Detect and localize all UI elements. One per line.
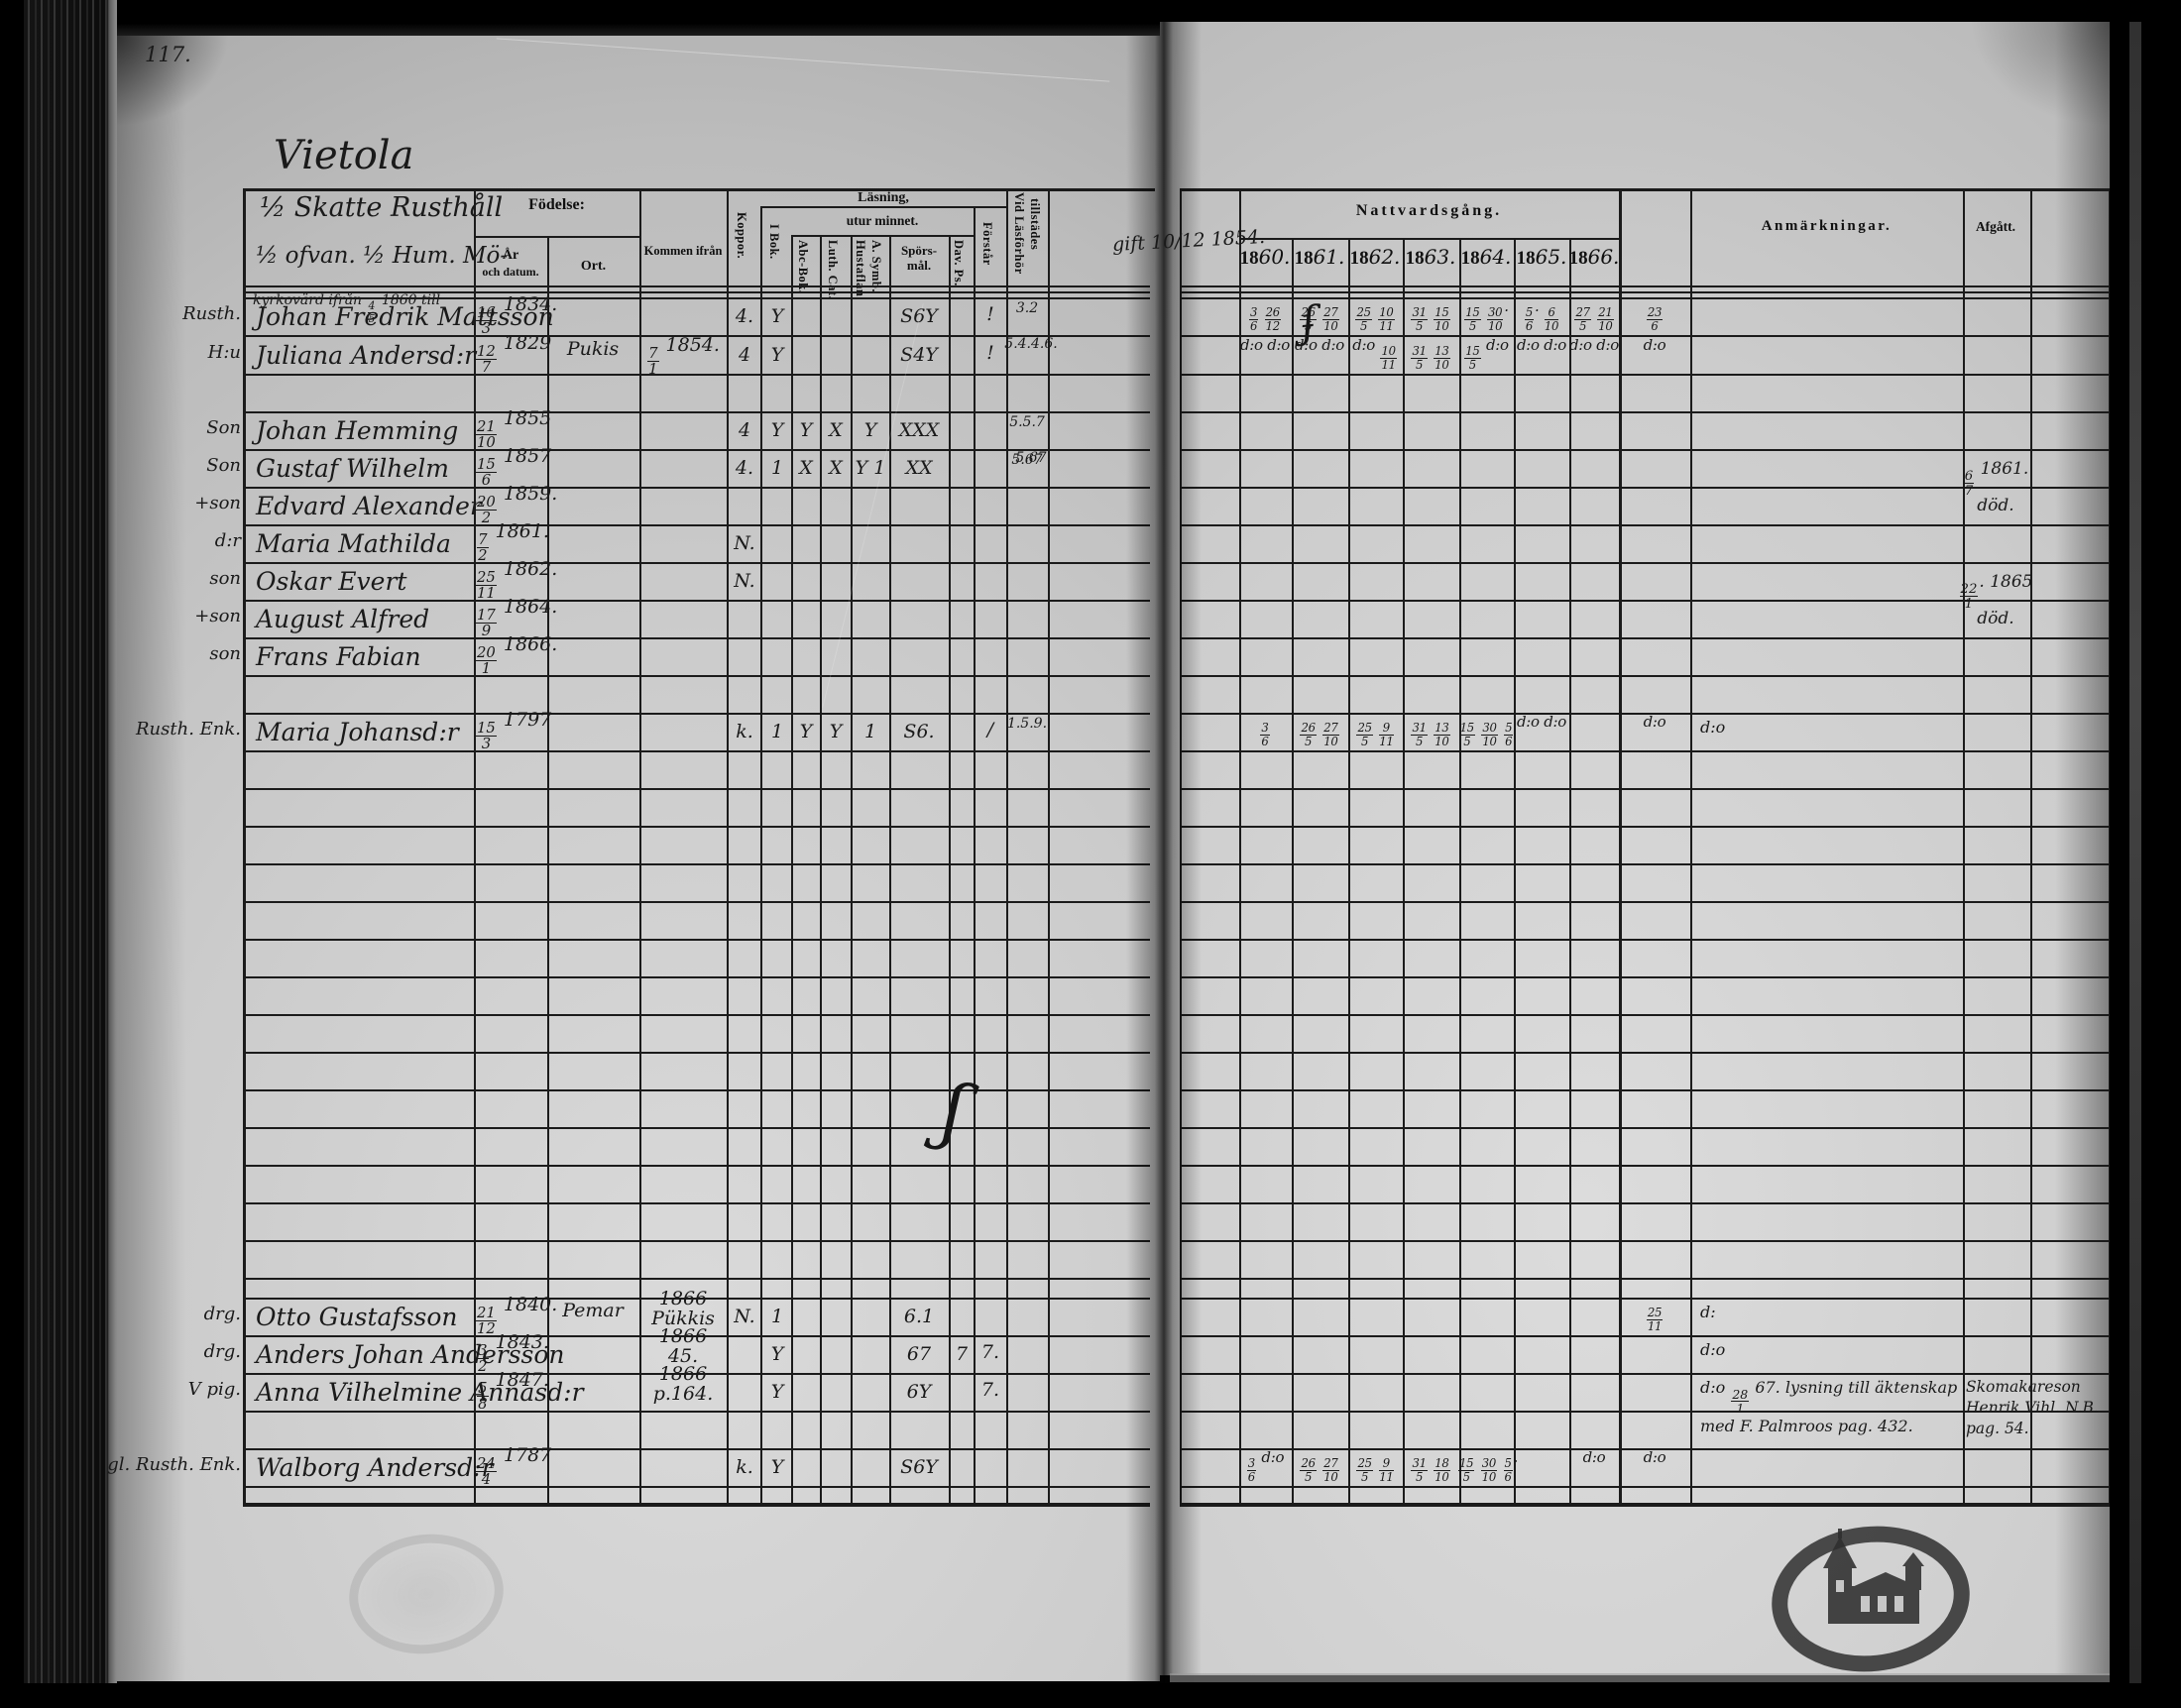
person-name: Maria Mathilda xyxy=(256,531,451,557)
communion-dates: 275 2110 xyxy=(1565,299,1623,333)
came-from: 1866 Pükkis xyxy=(646,1290,720,1329)
understands-mark: ! xyxy=(974,344,1007,364)
communion-dates: 255 911 xyxy=(1346,1450,1404,1484)
understands-mark: 7. xyxy=(974,1343,1007,1363)
rule-line xyxy=(243,1448,1150,1450)
communion-dates: 155 3010 56 xyxy=(1457,715,1515,748)
rule-line xyxy=(243,976,1150,978)
household-header-line1: ½ Skatte Rusthåll xyxy=(260,194,503,222)
village-title: Vietola xyxy=(274,135,413,176)
birth-place: Pemar xyxy=(556,1302,630,1321)
birth-date: 163 1834. xyxy=(475,295,550,337)
smallpox-mark: 4 xyxy=(728,346,761,366)
birth-date: 244 1787 xyxy=(475,1446,550,1488)
communion-dates: d:o xyxy=(1565,1450,1623,1466)
person-name: Walborg Andersd:r xyxy=(256,1455,494,1481)
person-name: Otto Gustafsson xyxy=(256,1305,458,1330)
column-line xyxy=(1239,188,1241,1505)
communion-dates: 315 1810 xyxy=(1402,1450,1459,1484)
communion-dates: d:o d:o xyxy=(1513,715,1570,731)
row-label: drg. xyxy=(204,1343,241,1362)
birth-place: Pukis xyxy=(556,340,630,360)
communion-extra: d:o xyxy=(1626,338,1683,354)
row-label: +son xyxy=(194,495,241,513)
rule-line xyxy=(1239,238,1619,240)
rule-line xyxy=(1180,1089,2110,1091)
row-label: drg. xyxy=(204,1306,241,1324)
hustavla-mark: Y 1 xyxy=(854,459,887,479)
communion-dates: 155 3010 56. xyxy=(1457,1450,1515,1484)
column-line xyxy=(1048,188,1050,1505)
photo-border-top xyxy=(117,0,1160,36)
rule-line xyxy=(243,600,1150,602)
rule-line xyxy=(1180,675,2110,677)
attended-examination-mark: 5.4.4.6. xyxy=(1003,337,1059,352)
luther-catechism-mark: X xyxy=(819,459,853,479)
rule-line xyxy=(243,1503,1150,1506)
reads-in-book-mark: Y xyxy=(760,346,794,366)
smallpox-mark: 4. xyxy=(728,459,761,479)
year-header: 1866. xyxy=(1560,245,1628,270)
row-label: d:r xyxy=(215,532,241,551)
communion-dates: 265 2710 xyxy=(1291,1450,1348,1484)
rule-line xyxy=(1180,1052,2110,1054)
column-line xyxy=(949,235,951,1505)
row-label: +son xyxy=(194,608,241,626)
rule-line xyxy=(1180,291,2110,293)
column-line xyxy=(1619,188,1622,1505)
remark-note: d: xyxy=(1700,1302,1960,1323)
communion-dates: 155 d:o xyxy=(1457,338,1515,372)
attended-examination-mark: 3.2 xyxy=(999,301,1055,316)
birth-date: 58 1847. xyxy=(475,1371,550,1413)
rule-line xyxy=(243,487,1150,489)
rule-line xyxy=(1180,863,2110,865)
attended-examination-mark: 1.5.9. xyxy=(999,717,1055,732)
communion-dates: d:o d:o xyxy=(1236,338,1294,354)
rule-line xyxy=(243,411,1150,413)
church-stamp-icon xyxy=(1769,1525,1973,1682)
attended-examination-mark: 5.67 xyxy=(999,453,1055,468)
communion-extra: d:o xyxy=(1626,1450,1683,1466)
communion-dates: 315 1310 xyxy=(1402,715,1459,748)
column-line xyxy=(1403,238,1405,1505)
page-edge-right xyxy=(2129,0,2141,1708)
rule-line xyxy=(1180,1240,2110,1242)
smallpox-mark: N. xyxy=(728,1308,761,1327)
smallpox-mark: N. xyxy=(728,572,761,592)
rule-line xyxy=(243,524,1150,526)
communion-dates: 56. 610 xyxy=(1513,299,1570,333)
column-line xyxy=(1348,238,1350,1505)
column-line xyxy=(1006,188,1008,1505)
column-line xyxy=(1180,188,1182,1505)
rule-line xyxy=(243,713,1150,715)
rule-line xyxy=(243,826,1150,828)
person-name: Juliana Andersd:r xyxy=(256,343,476,369)
came-from: 1866 45. xyxy=(646,1327,720,1367)
birth-date: 201 1866. xyxy=(475,635,550,677)
catechetical-questions-mark: 6.1 xyxy=(889,1308,949,1327)
column-line xyxy=(2030,188,2032,1505)
rule-line xyxy=(1180,1202,2110,1204)
catechetical-questions-mark: S6. xyxy=(889,723,949,742)
communion-dates: d:o d:o xyxy=(1565,338,1623,354)
rule-line xyxy=(1180,1127,2110,1129)
reads-in-book-mark: Y xyxy=(760,1345,794,1365)
column-line xyxy=(1292,238,1294,1505)
rule-line xyxy=(474,236,639,238)
rule-line xyxy=(1180,1014,2110,1016)
household-header-line2: ½ ofvan. ½ Hum. Mö- xyxy=(256,244,508,268)
hustavla-mark: 1 xyxy=(854,723,887,742)
row-label: son xyxy=(209,645,241,664)
abc-book-mark: X xyxy=(789,459,823,479)
rule-line xyxy=(243,939,1150,941)
remark-note: d:o xyxy=(1700,717,1960,739)
rule-line xyxy=(243,750,1150,752)
rule-line xyxy=(243,1165,1150,1167)
column-line xyxy=(974,206,976,1505)
rule-line xyxy=(243,562,1150,564)
communion-dates: 36 2612 xyxy=(1236,299,1294,333)
rule-line xyxy=(1180,637,2110,639)
communion-dates: 315 1310 xyxy=(1402,338,1459,372)
catechetical-questions-mark: XXX xyxy=(889,421,949,441)
communion-extra: d:o xyxy=(1626,715,1683,731)
rule-line xyxy=(243,1202,1150,1204)
came-from: 1866 p.164. xyxy=(646,1365,720,1405)
rule-line xyxy=(243,1411,1150,1413)
person-name: Gustaf Wilhelm xyxy=(256,456,449,482)
row-label: gl. Rusth. Enk. xyxy=(107,1456,241,1475)
rule-line xyxy=(1180,449,2110,451)
reads-in-book-mark: Y xyxy=(760,307,794,327)
reads-in-book-mark: Y xyxy=(760,1383,794,1403)
rule-line xyxy=(1180,524,2110,526)
communion-dates: 36 d:o xyxy=(1236,1450,1294,1484)
catechetical-questions-mark: XX xyxy=(889,459,949,479)
column-line xyxy=(1459,238,1461,1505)
row-label: Rusth. Enk. xyxy=(136,721,241,740)
person-name: Maria Johansd:r xyxy=(256,720,459,745)
communion-dates: 255 1011 xyxy=(1346,299,1404,333)
rule-line xyxy=(1180,939,2110,941)
rule-line xyxy=(1180,826,2110,828)
photo-border-bottom xyxy=(0,1683,2181,1708)
rule-line xyxy=(243,1240,1150,1242)
understands-mark: 7. xyxy=(974,1381,1007,1401)
smallpox-mark: 4. xyxy=(728,307,761,327)
communion-dates: 36 xyxy=(1236,715,1294,748)
luther-catechism-mark: X xyxy=(819,421,853,441)
rule-line xyxy=(1180,1373,2110,1375)
rule-line xyxy=(1180,1335,2110,1337)
rule-line xyxy=(243,1089,1150,1091)
rule-line xyxy=(760,206,1006,208)
row-label: H:u xyxy=(208,344,241,363)
rule-line xyxy=(1180,374,2110,376)
birth-date: 153 1797 xyxy=(475,711,550,752)
communion-dates: d:o 1011 xyxy=(1346,338,1404,372)
rule-line xyxy=(1180,750,2110,752)
catechetical-questions-mark: S6Y xyxy=(889,1458,949,1478)
column-line xyxy=(1514,238,1516,1505)
rule-line xyxy=(1180,1165,2110,1167)
person-name: Johan Hemming xyxy=(256,418,458,444)
rule-line xyxy=(1180,1278,2110,1280)
column-line xyxy=(639,188,641,1505)
rule-line xyxy=(243,285,1150,287)
remark-note: d:o xyxy=(1700,1339,1960,1361)
column-line xyxy=(1963,188,1965,1505)
rule-line xyxy=(243,675,1150,677)
rule-line xyxy=(1180,1503,2110,1506)
catechetical-questions-mark: 67 xyxy=(889,1345,949,1365)
rule-line xyxy=(1180,188,2110,191)
rule-line xyxy=(1180,411,2110,413)
rule-line xyxy=(243,901,1150,903)
church-record-book-scan: 117. Vietola ½ Skatte Rusthåll ½ ofvan. … xyxy=(0,0,2181,1708)
catechetical-questions-mark: S6Y xyxy=(889,307,949,327)
catechetical-questions-mark: S4Y xyxy=(889,346,949,366)
reads-in-book-mark: Y xyxy=(760,1458,794,1478)
column-line xyxy=(243,188,246,1505)
person-name: Frans Fabian xyxy=(256,644,421,670)
person-name: Oskar Evert xyxy=(256,569,406,595)
communion-dates: 155 3010. xyxy=(1457,299,1515,333)
rule-line xyxy=(1180,1486,2110,1488)
rule-line xyxy=(1180,976,2110,978)
rule-line xyxy=(1180,788,2110,790)
rule-line xyxy=(243,637,1150,639)
row-label: Son xyxy=(206,419,241,438)
came-from: 71 1854. xyxy=(646,336,720,378)
abc-book-mark: Y xyxy=(789,421,823,441)
row-label: son xyxy=(209,570,241,589)
rule-line xyxy=(243,788,1150,790)
photo-border-top xyxy=(1160,0,2181,22)
luther-catechism-mark: Y xyxy=(819,723,853,742)
person-name: August Alfred xyxy=(256,607,429,632)
page-number: 117. xyxy=(145,44,191,65)
reads-in-book-mark: 1 xyxy=(760,1308,794,1327)
smallpox-mark: N. xyxy=(728,534,761,554)
rule-line xyxy=(243,1278,1150,1280)
communion-dates: 255 911 xyxy=(1346,715,1404,748)
row-label: V pig. xyxy=(188,1381,241,1400)
communion-extra: 236 xyxy=(1626,299,1683,333)
photo-border-right xyxy=(2110,0,2181,1708)
communion-dates: d:o d:o xyxy=(1291,338,1348,354)
rule-line xyxy=(243,863,1150,865)
rule-line xyxy=(243,1014,1150,1016)
row-label: Rusth. xyxy=(182,305,241,324)
abc-book-mark: Y xyxy=(789,723,823,742)
rule-line xyxy=(791,235,974,237)
communion-dates: d:o d:o xyxy=(1513,338,1570,354)
column-line xyxy=(1690,188,1692,1505)
communion-dates: 315 1510 xyxy=(1402,299,1459,333)
person-name: Edvard Alexander xyxy=(256,494,482,519)
column-line xyxy=(1569,238,1571,1505)
smallpox-mark: k. xyxy=(728,723,761,742)
departed-note: 67 1861. död. xyxy=(1936,461,2055,515)
communion-extra: 2511 xyxy=(1626,1300,1683,1333)
rule-line xyxy=(1180,562,2110,564)
attended-examination-mark: 5.5.7 xyxy=(999,415,1055,430)
rule-line xyxy=(1180,901,2110,903)
row-label: Son xyxy=(206,457,241,476)
smallpox-mark: 4 xyxy=(728,421,761,441)
rule-line xyxy=(243,188,1155,191)
departed-note: 221. 1865 död. xyxy=(1936,574,2055,628)
rule-line xyxy=(243,1486,1150,1488)
birth-date: 127 1829 xyxy=(475,334,550,376)
remark-note: d:o 281 67. lysning till äktenskap med F… xyxy=(1700,1377,1960,1436)
communion-dates: 265 2710 xyxy=(1291,715,1348,748)
rule-line xyxy=(1180,285,2110,287)
smallpox-mark: k. xyxy=(728,1458,761,1478)
rule-line xyxy=(243,1052,1150,1054)
hustavla-mark: Y xyxy=(854,421,887,441)
rule-line xyxy=(243,1127,1150,1129)
catechetical-questions-mark: 6Y xyxy=(889,1383,949,1403)
